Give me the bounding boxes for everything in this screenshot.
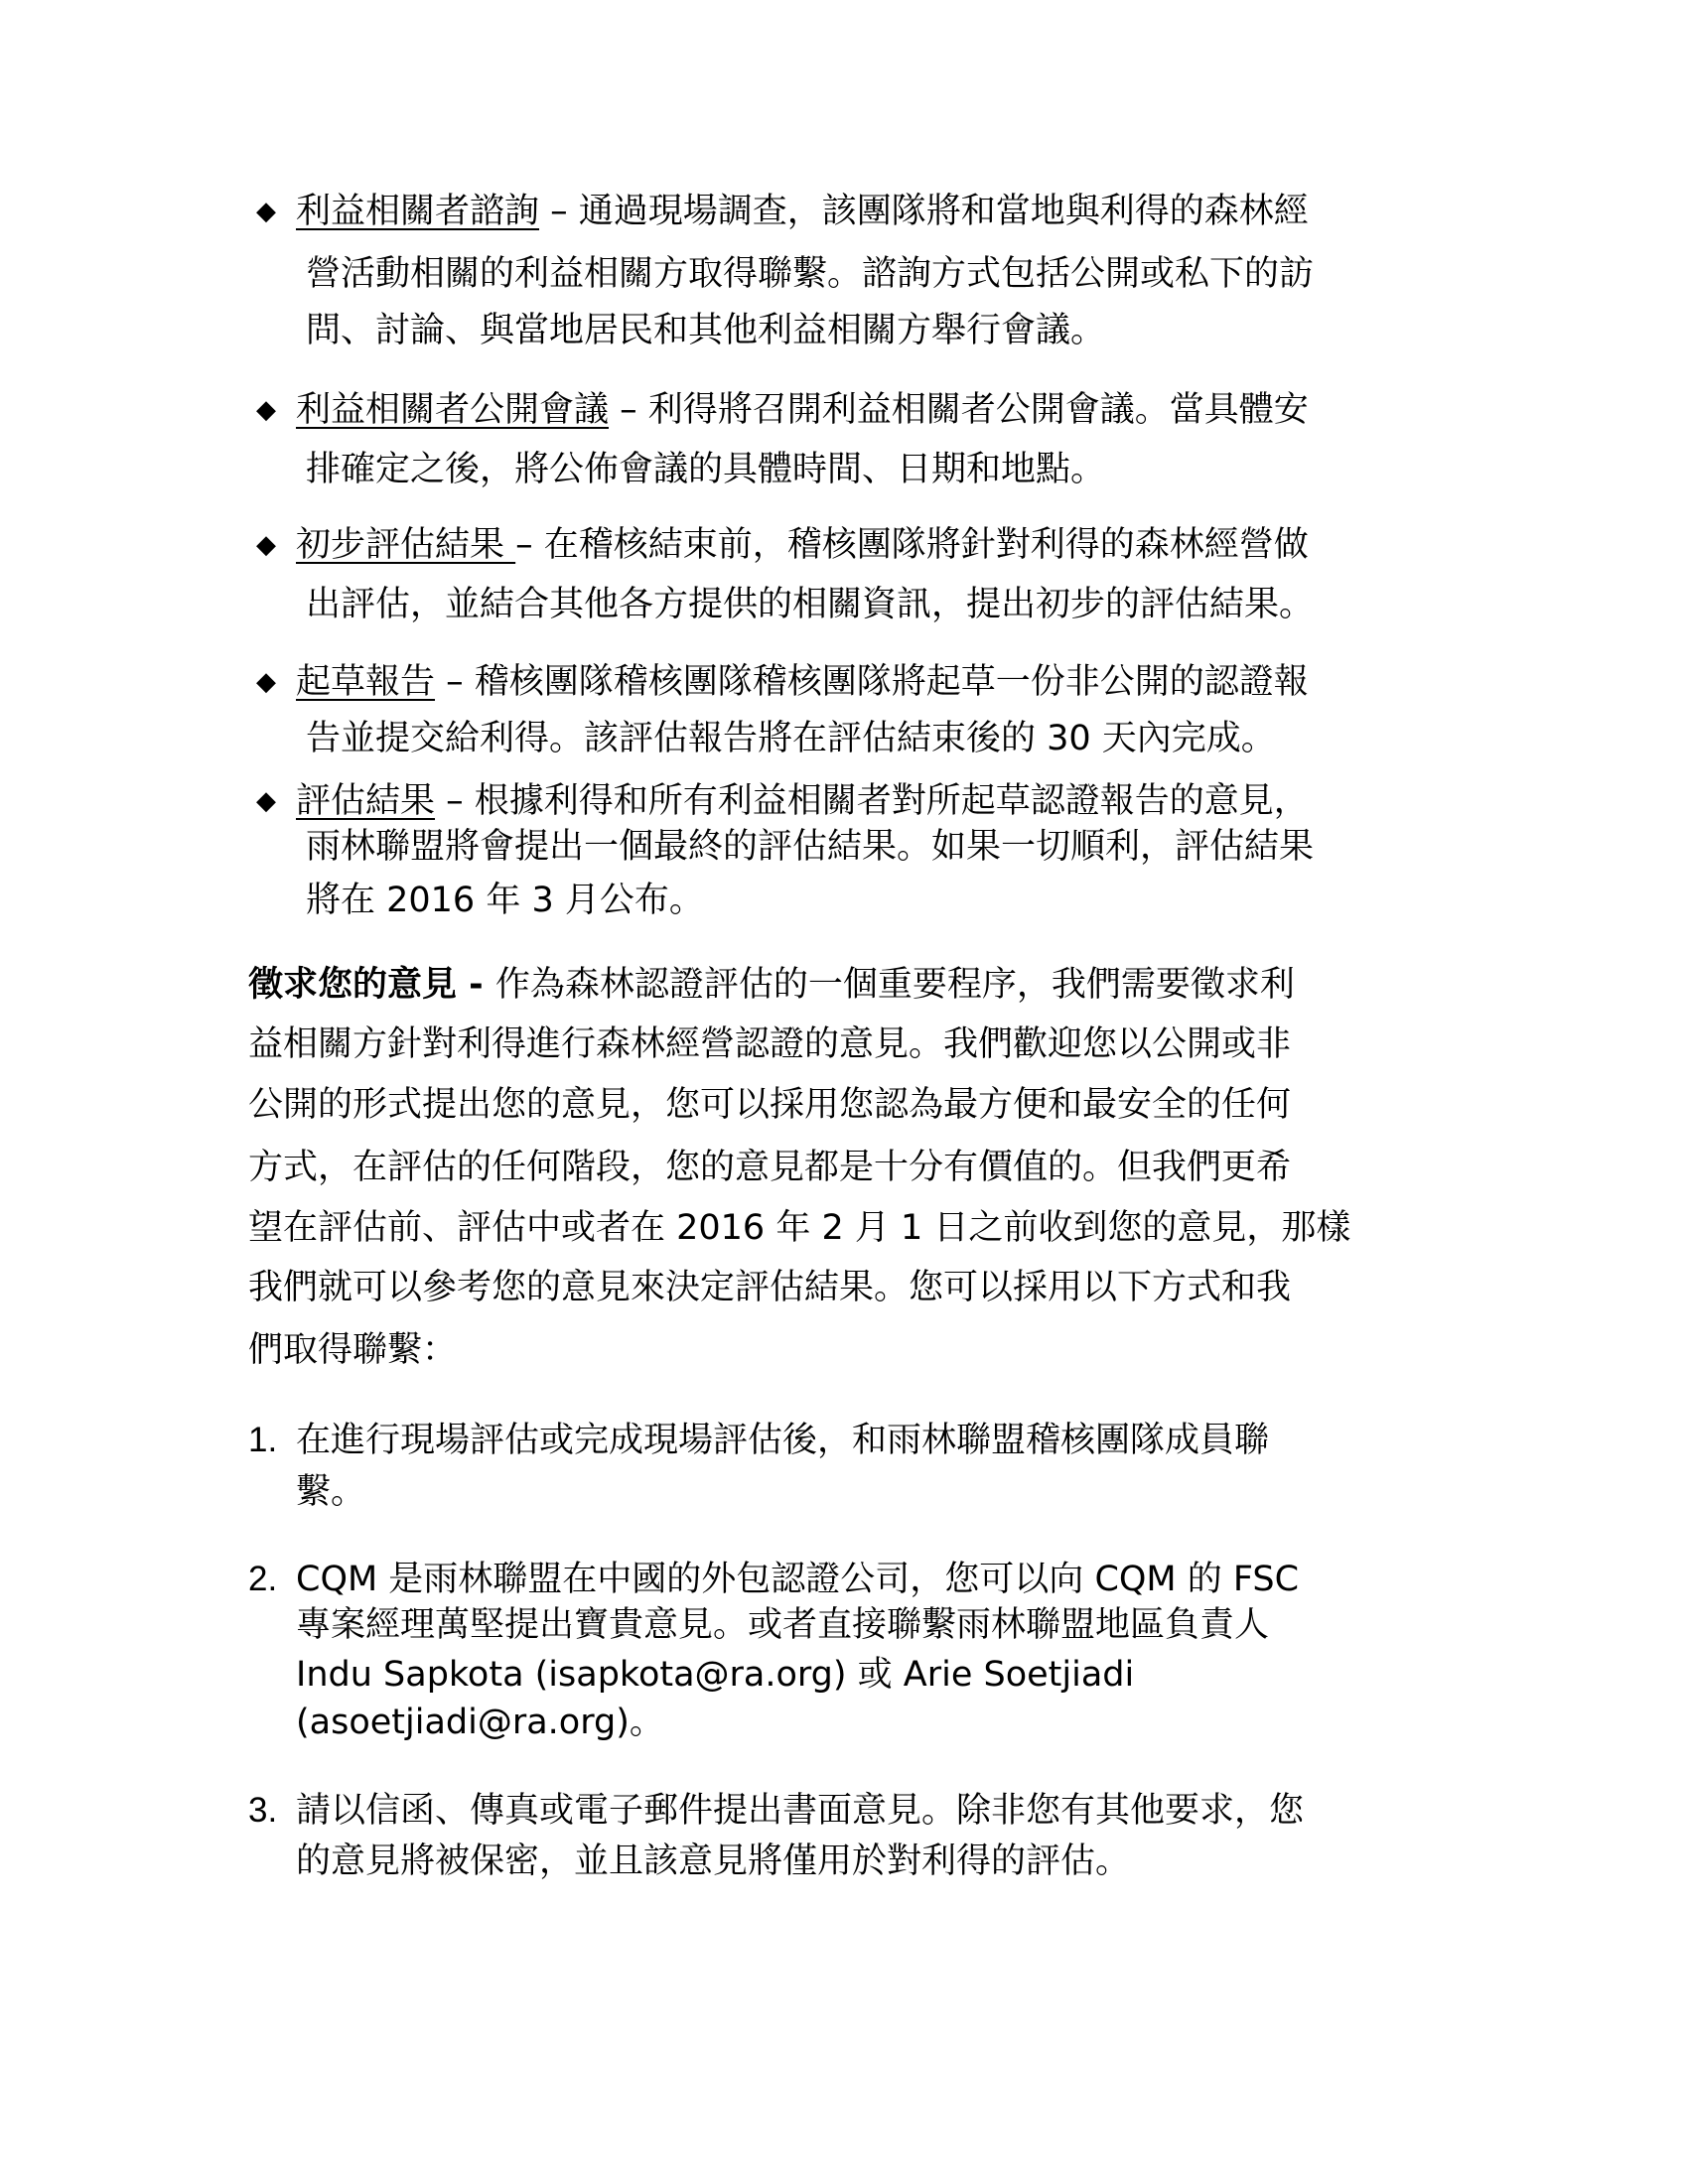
list-number: 3.	[248, 1791, 277, 1831]
list-item-line: Indu Sapkota (isapkota@ra.org) 或 Arie So…	[296, 1655, 1134, 1695]
list-item-line: 繫。	[296, 1472, 365, 1512]
bullet-line: 評估結果 – 根據利得和所有利益相關者對所起草認證報告的意見，	[296, 781, 1309, 821]
feedback-line: 們取得聯繫：	[248, 1330, 457, 1370]
list-number: 1.	[248, 1421, 277, 1460]
bullet-line: 起草報告 – 稽核團隊稽核團隊稽核團隊將起草一份非公開的認證報	[296, 662, 1309, 702]
diamond-bullet-icon: ◆	[256, 525, 276, 565]
bullet-title: 評估結果	[296, 781, 435, 821]
feedback-line: 徵求您的意見 - 作為森林認證評估的一個重要程序，我們需要徵求利	[248, 965, 1295, 1005]
bullet-line: 出評估，並結合其他各方提供的相關資訊，提出初步的評估結果。	[306, 585, 1314, 624]
feedback-line: 益相關方針對利得進行森林經營認證的意見。我們歡迎您以公開或非	[248, 1024, 1291, 1064]
feedback-line: 公開的形式提出您的意見，您可以採用您認為最方便和最安全的任何	[248, 1085, 1291, 1125]
bullet-line: 雨林聯盟將會提出一個最終的評估結果。如果一切順利，評估結果	[306, 827, 1314, 867]
bullet-title: 起草報告	[296, 662, 435, 702]
diamond-bullet-icon: ◆	[256, 662, 276, 702]
bullet-line: 營活動相關的利益相關方取得聯繫。諮詢方式包括公開或私下的訪	[306, 254, 1314, 294]
list-number: 2.	[248, 1560, 277, 1599]
bullet-line: 利益相關者諮詢 – 通過現場調查，該團隊將和當地與利得的森林經	[296, 192, 1309, 231]
bullet-title: 利益相關者諮詢	[296, 192, 539, 231]
diamond-bullet-icon: ◆	[256, 390, 276, 430]
list-item-line: (asoetjiadi@ra.org)。	[296, 1703, 664, 1742]
bullet-title: 利益相關者公開會議	[296, 390, 609, 430]
diamond-bullet-icon: ◆	[256, 192, 276, 231]
list-item-line: 專案經理萬堅提出寶貴意見。或者直接聯繫雨林聯盟地區負責人	[296, 1605, 1269, 1645]
bullet-line: 利益相關者公開會議 – 利得將召開利益相關者公開會議。當具體安	[296, 390, 1309, 430]
document-page: ◆ 利益相關者諮詢 – 通過現場調查，該團隊將和當地與利得的森林經 營活動相關的…	[0, 0, 1688, 2184]
diamond-bullet-icon: ◆	[256, 781, 276, 821]
bullet-line: 告並提交給利得。該評估報告將在評估結束後的 30 天內完成。	[306, 719, 1276, 758]
list-item-line: CQM 是雨林聯盟在中國的外包認證公司，您可以向 CQM 的 FSC	[296, 1560, 1299, 1599]
feedback-heading: 徵求您的意見 -	[248, 965, 495, 1005]
feedback-line: 方式，在評估的任何階段，您的意見都是十分有價值的。但我們更希	[248, 1148, 1291, 1187]
bullet-line: 將在 2016 年 3 月公布。	[306, 881, 704, 920]
bullet-line: 初步評估結果 – 在稽核結束前，稽核團隊將針對利得的森林經營做	[296, 525, 1309, 565]
feedback-line: 望在評估前、評估中或者在 2016 年 2 月 1 日之前收到您的意見，那樣	[248, 1208, 1350, 1248]
bullet-title: 初步評估結果	[296, 525, 515, 565]
list-item-line: 在進行現場評估或完成現場評估後，和雨林聯盟稽核團隊成員聯	[296, 1421, 1269, 1460]
feedback-line: 我們就可以參考您的意見來決定評估結果。您可以採用以下方式和我	[248, 1268, 1291, 1307]
bullet-line: 排確定之後，將公佈會議的具體時間、日期和地點。	[306, 450, 1105, 489]
bullet-line: 問、討論、與當地居民和其他利益相關方舉行會議。	[306, 311, 1105, 350]
list-item-line: 的意見將被保密，並且該意見將僅用於對利得的評估。	[296, 1842, 1130, 1881]
list-item-line: 請以信函、傳真或電子郵件提出書面意見。除非您有其他要求，您	[296, 1791, 1304, 1831]
